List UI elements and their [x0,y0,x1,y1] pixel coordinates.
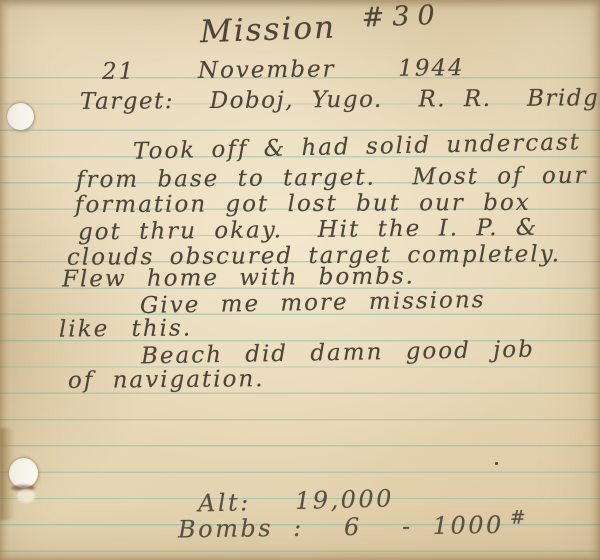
journal-line-8: like this. [59,317,192,341]
journal-line-10: of navigation. [68,368,265,393]
bombs-text: Bombs : 6 - 1000 [178,511,504,544]
target-line: Target: Doboj, Yugo. R. R. Bridge [80,87,600,114]
journal-line-9: Beach did damn good job [141,339,535,369]
mission-number: #30 [361,0,443,34]
bombs-line: Bombs : 6 - 1000# [178,513,529,542]
pounds-symbol: # [510,507,529,529]
notebook-page: Mission#30 21 November 1944 Target: Dobo… [0,0,600,560]
paper-tear [17,489,35,503]
mission-title: Mission#30 [200,9,444,48]
journal-line-1: Took off & had solid undercast [133,131,581,163]
date-line: 21 November 1944 [102,57,465,84]
journal-line-2: from base to target. Most of our [76,165,588,192]
altitude-line: Alt: 19,000 [198,486,395,515]
journal-line-6: Flew home with bombs. [62,265,415,291]
paper-speck [495,462,498,465]
mission-title-word: Mission [199,10,336,51]
journal-line-7: Give me more missions [140,289,486,318]
punch-hole-bottom [9,458,38,488]
journal-line-3: formation got lost but our box [75,192,531,217]
punch-hole-top [7,103,34,130]
journal-line-4: got thru okay. Hit the I. P. & [78,217,538,245]
